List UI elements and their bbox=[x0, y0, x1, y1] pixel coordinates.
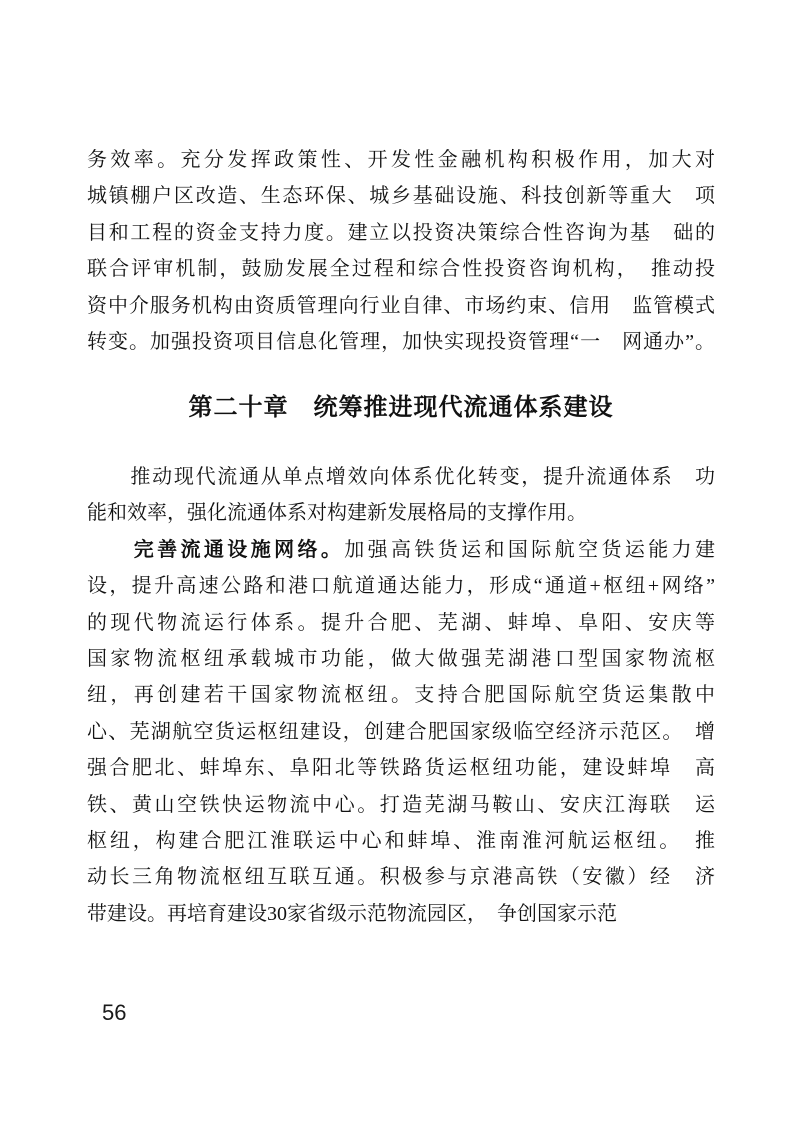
document-page: 务效率。充分发挥政策性、开发性金融机构积极作用，加大对城镇棚户区改造、生态环保、… bbox=[0, 0, 793, 1122]
text-line: 完善流通设施网络。加强高铁货运和国际航空货运能力建 bbox=[87, 532, 715, 568]
text-line: 强合肥北、蚌埠东、阜阳北等铁路货运枢纽功能，建设蚌埠 高 bbox=[87, 750, 715, 786]
paragraph-container-top: 务效率。充分发挥政策性、开发性金融机构积极作用，加大对城镇棚户区改造、生态环保、… bbox=[87, 142, 715, 360]
text-line: 务效率。充分发挥政策性、开发性金融机构积极作用，加大对 bbox=[87, 142, 715, 178]
text-line: 城镇棚户区改造、生态环保、城乡基础设施、科技创新等重大 项 bbox=[87, 178, 715, 214]
text-line: 转变。加强投资项目信息化管理，加快实现投资管理“一 网通办”。 bbox=[87, 324, 715, 360]
line-text: 加强高铁货运和国际航空货运能力建 bbox=[344, 539, 715, 561]
page-number: 56 bbox=[102, 1000, 126, 1026]
text-line: 设，提升高速公路和港口航道通达能力，形成“通道+枢纽+网络” bbox=[87, 568, 715, 604]
text-line: 的现代物流运行体系。提升合肥、芜湖、蚌埠、阜阳、安庆等 bbox=[87, 605, 715, 641]
text-line: 推动现代流通从单点增效向体系优化转变，提升流通体系 功 bbox=[87, 459, 715, 495]
text-line: 带建设。再培育建设30家省级示范物流园区， 争创国家示范 bbox=[87, 896, 715, 932]
chapter-heading: 第二十章 统筹推进现代流通体系建设 bbox=[87, 392, 715, 424]
para-investment-services: 务效率。充分发挥政策性、开发性金融机构积极作用，加大对城镇棚户区改造、生态环保、… bbox=[87, 142, 715, 360]
bold-lead-phrase: 完善流通设施网络。 bbox=[87, 539, 344, 561]
text-line: 铁、黄山空铁快运物流中心。打造芜湖马鞍山、安庆江海联 运 bbox=[87, 787, 715, 823]
text-line: 动长三角物流枢纽互联互通。积极参与京港高铁（安徽）经 济 bbox=[87, 859, 715, 895]
paragraph-container-main: 推动现代流通从单点增效向体系优化转变，提升流通体系 功能和效率，强化流通体系对构… bbox=[87, 459, 715, 932]
text-line: 联合评审机制，鼓励发展全过程和综合性投资咨询机构， 推动投 bbox=[87, 251, 715, 287]
para-circulation-intro: 推动现代流通从单点增效向体系优化转变，提升流通体系 功能和效率，强化流通体系对构… bbox=[87, 459, 715, 532]
text-line: 国家物流枢纽承载城市功能，做大做强芜湖港口型国家物流枢 bbox=[87, 641, 715, 677]
para-circulation-network: 完善流通设施网络。加强高铁货运和国际航空货运能力建设，提升高速公路和港口航道通达… bbox=[87, 532, 715, 932]
text-line: 心、芜湖航空货运枢纽建设，创建合肥国家级临空经济示范区。 增 bbox=[87, 714, 715, 750]
text-line: 枢纽，构建合肥江淮联运中心和蚌埠、淮南淮河航运枢纽。 推 bbox=[87, 823, 715, 859]
text-line: 目和工程的资金支持力度。建立以投资决策综合性咨询为基 础的 bbox=[87, 215, 715, 251]
text-line: 资中介服务机构由资质管理向行业自律、市场约束、信用 监管模式 bbox=[87, 288, 715, 324]
text-line: 能和效率，强化流通体系对构建新发展格局的支撑作用。 bbox=[87, 495, 715, 531]
text-line: 纽，再创建若干国家物流枢纽。支持合肥国际航空货运集散中 bbox=[87, 677, 715, 713]
